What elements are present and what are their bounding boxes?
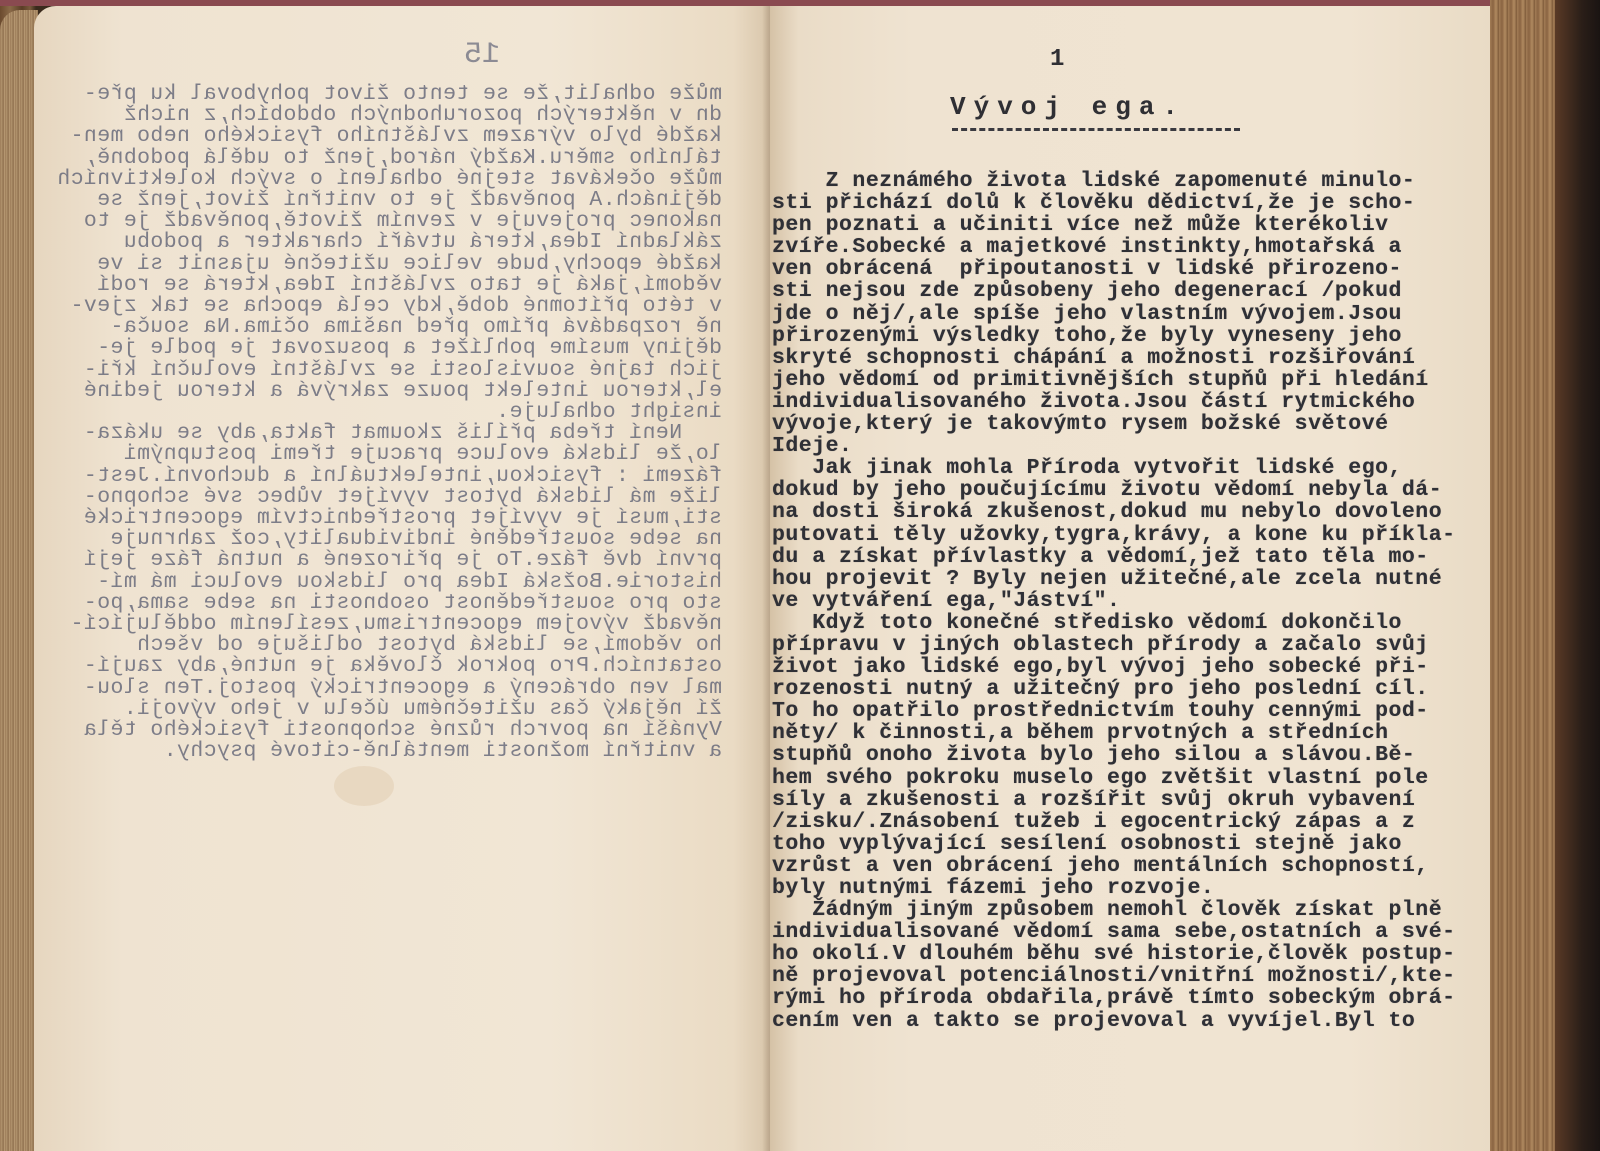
text-line: ží nějaký čas užitečnému účelu v jeho vý… — [42, 699, 722, 720]
text-line: dějiny musíme pohlížet a posuzovat je po… — [42, 338, 722, 359]
text-line: něty/ k činnosti,a během prvotných a stř… — [772, 722, 1488, 744]
text-line: el,kterou intelekt pouze zakrývá a ktero… — [42, 381, 722, 402]
text-line: Není třeba příliš zkoumat fakta,aby se u… — [42, 423, 722, 444]
chapter-number: 1 — [1050, 46, 1064, 73]
text-line: ven obrácená připoutanosti v lidské přir… — [772, 258, 1488, 280]
text-line: a vnitřní možnosti mentálně-citové psych… — [42, 741, 722, 762]
left-page-text: může odhalit,že se tento život pohyboval… — [42, 84, 722, 763]
right-page-text: Z neznámého života lidské zapomenuté min… — [772, 170, 1488, 1032]
left-fore-edge — [0, 10, 38, 1151]
text-line: může očekávat stejné odhalení o svých ko… — [42, 169, 722, 190]
text-line: vědomí,jaká je tato zvláštní Idea,která … — [42, 275, 722, 296]
text-line: dějinách.A poněvadž je to vnitřní život,… — [42, 190, 722, 211]
text-line: dn v některých pozoruhodných obdobích,z … — [42, 105, 722, 126]
text-line: první dvě fáze.To je přirozené a nutná f… — [42, 550, 722, 571]
text-line: individualisované vědomí sama sebe,ostat… — [772, 921, 1488, 943]
text-line: cením ven a takto se projevoval a vyvíje… — [772, 1010, 1488, 1032]
left-page-number: 15 — [464, 38, 500, 72]
text-line: přirozenými výsledky toho,že byly vynese… — [772, 325, 1488, 347]
text-line: něvadž vývojem egocentrismu,zesílením od… — [42, 614, 722, 635]
text-line: na dosti široká zkušenost,dokud mu nebyl… — [772, 501, 1488, 523]
text-line: toho vyplývající sesílení osobnosti stej… — [772, 833, 1488, 855]
text-line: vývoje,který je takovýmto rysem božské s… — [772, 413, 1488, 435]
text-line: ve vytváření ega,"Jáství". — [772, 590, 1488, 612]
text-line: tálního směru.Každý národ,jenž to udělá … — [42, 148, 722, 169]
text-line: sti přichází dolů k člověku dědictví,že … — [772, 192, 1488, 214]
open-book: 15 může odhalit,že se tento život pohybo… — [0, 0, 1600, 1151]
left-page: 15 může odhalit,že se tento život pohybo… — [34, 6, 770, 1151]
text-line: ho vědomí,se lidská bytost odlišuje od v… — [42, 635, 722, 656]
text-line: du a získat přívlastky a vědomí,jež tato… — [772, 546, 1488, 568]
text-line: ně projevoval potenciálnosti/vnitřní mož… — [772, 965, 1488, 987]
title-underline — [952, 128, 1240, 131]
text-line: na sebe soustředěné individuality,což za… — [42, 529, 722, 550]
text-line: sti,musí je vyvíjet prostřednictvím egoc… — [42, 508, 722, 529]
text-line: může odhalit,že se tento život pohyboval… — [42, 84, 722, 105]
chapter-title: Vývoj ega. — [950, 92, 1186, 122]
text-line: putovati těly užovky,tygra,krávy, a kone… — [772, 524, 1488, 546]
left-page-bleed-through: 15 může odhalit,že se tento život pohybo… — [34, 6, 770, 1151]
text-line: rými ho příroda obdařila,právě tímto sob… — [772, 987, 1488, 1009]
text-line: Jak jinak mohla Příroda vytvořit lidské … — [772, 457, 1488, 479]
text-line: pen poznati a učiniti více než může kter… — [772, 214, 1488, 236]
text-line: vzrůst a ven obrácení jeho mentálních sc… — [772, 855, 1488, 877]
text-line: individualisovaného života.Jsou částí ry… — [772, 391, 1488, 413]
text-line: sto pro soustředěnost osobnosti na sebe … — [42, 593, 722, 614]
text-line: jich tajné souvislosti se zvláštní evolu… — [42, 360, 722, 381]
text-line: zvíře.Sobecké a majetkové instinkty,hmot… — [772, 236, 1488, 258]
text-line: insight odhaluje. — [42, 402, 722, 423]
text-line: ho okolí.V dlouhém běhu své historie,člo… — [772, 943, 1488, 965]
text-line: hou projevit ? Byly nejen užitečné,ale z… — [772, 568, 1488, 590]
text-line: Vynáší na povrch různé schopnosti fysick… — [42, 720, 722, 741]
text-line: každé bylo výrazem zvláštního fysického … — [42, 126, 722, 147]
text-line: síly a zkušenosti a rozšířit svůj okruh … — [772, 789, 1488, 811]
right-fore-edge — [1490, 0, 1560, 1151]
text-line: hem svého pokroku muselo ego zvětšit vla… — [772, 767, 1488, 789]
text-line: Ideje. — [772, 435, 1488, 457]
text-line: To ho opatřilo prostřednictvím touhy cen… — [772, 700, 1488, 722]
text-line: liže má lidská bytost vyvíjet vůbec své … — [42, 487, 722, 508]
text-line: jeho vědomí od primitivnějších stupňů př… — [772, 369, 1488, 391]
text-line: stupňů onoho života bylo jeho silou a sl… — [772, 744, 1488, 766]
text-line: Žádným jiným způsobem nemohl člověk získ… — [772, 899, 1488, 921]
text-line: sti nejsou zde způsobeny jeho degenerací… — [772, 280, 1488, 302]
text-line: historie.Božská Idea pro lidskou evoluci… — [42, 572, 722, 593]
right-page: 1 Vývoj ega. Z neznámého života lidské z… — [770, 6, 1490, 1151]
text-line: jde o něj/,ale spíše jeho vlastním vývoj… — [772, 303, 1488, 325]
text-line: rozenosti nutný a užitečný pro jeho posl… — [772, 678, 1488, 700]
text-line: fázemi : fysickou,intelektuální a duchov… — [42, 466, 722, 487]
text-line: mal ven obrácený a egocentrický postoj.T… — [42, 678, 722, 699]
text-line: ně rozpadává přímo před našima očima.Na … — [42, 317, 722, 338]
text-line: skryté schopnosti chápání a možnosti roz… — [772, 347, 1488, 369]
text-line: byly nutnými fázemi jeho rozvoje. — [772, 877, 1488, 899]
text-line: dokud by jeho poučujícímu životu vědomí … — [772, 479, 1488, 501]
text-line: život jako lidské ego,byl vývoj jeho sob… — [772, 656, 1488, 678]
text-line: Z neznámého života lidské zapomenuté min… — [772, 170, 1488, 192]
text-line: přípravu v jiných oblastech přírody a za… — [772, 634, 1488, 656]
text-line: nakonec projevuje v zevním životě,poněva… — [42, 211, 722, 232]
text-line: každé epochy,bude velice užitečné ujasni… — [42, 254, 722, 275]
text-line: Když toto konečné středisko vědomí dokon… — [772, 612, 1488, 634]
text-line: v této přítomné době,kdy celá epocha se … — [42, 296, 722, 317]
text-line: /zisku/.Znásobení tužeb i egocentrický z… — [772, 811, 1488, 833]
text-line: základní Idea,která utváří charakter a p… — [42, 232, 722, 253]
book-cover-edge — [1555, 0, 1600, 1151]
text-line: lo,že lidská evoluce pracuje třemi postu… — [42, 444, 722, 465]
text-line: ostatních.Pro pokrok člověka je nutné,ab… — [42, 656, 722, 677]
